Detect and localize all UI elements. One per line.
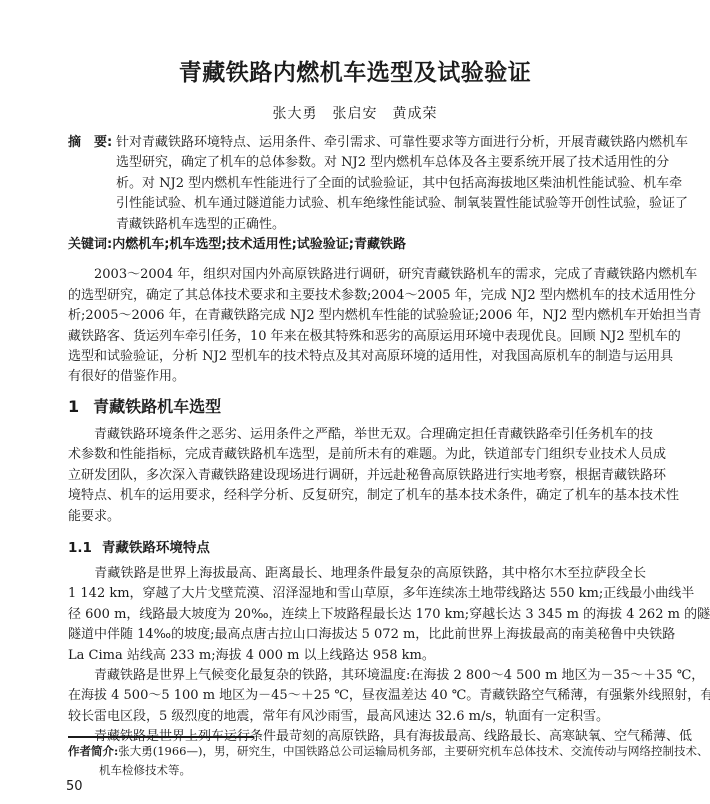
page-number: 50	[66, 779, 83, 794]
abstract-first-line: 摘 要:针对青藏铁路环境特点、运用条件、牵引需求、可靠性要求等方面进行分析，开展…	[116, 133, 646, 153]
document-page: 青藏铁路内燃机车选型及试验验证 张大勇 张启安 黄成荣 摘 要:针对青藏铁路环境…	[0, 0, 710, 804]
text-line: La Cima 站线高 233 m;海拔 4 000 m 以上线路达 958 k…	[68, 646, 646, 666]
text-line: 能要求。	[68, 507, 646, 527]
text-line: 析。对 NJ2 型内燃机车性能进行了全面的试验验证，其中包括高海拔地区柴油机性能…	[116, 174, 646, 194]
page-body: 摘 要:针对青藏铁路环境特点、运用条件、牵引需求、可靠性要求等方面进行分析，开展…	[68, 133, 646, 748]
abstract-label: 摘 要:	[68, 133, 116, 153]
section-1-heading: 1青藏铁路机车选型	[68, 395, 646, 419]
abstract-section: 摘 要:针对青藏铁路环境特点、运用条件、牵引需求、可靠性要求等方面进行分析，开展…	[68, 133, 646, 255]
text-line: 青藏铁路机车选型的正确性。	[116, 215, 646, 235]
footnote-label: 作者简介:	[68, 744, 118, 758]
text-line: 藏铁路客、货运列车牵引任务，10 年来在极其特殊和恶劣的高原运用环境中表现优良。…	[68, 327, 646, 347]
subsection-1-1-heading: 1.1青藏铁路环境特点	[68, 537, 646, 559]
text-line: 引性能试验、机车通过隧道能力试验、机车绝缘性能试验、制氧装置性能试验等开创性试验…	[116, 194, 646, 214]
subsection-1-1-number: 1.1	[68, 540, 92, 556]
text-line: 选型研究，确定了机车的总体参数。对 NJ2 型内燃机车总体及各主要系统开展了技术…	[116, 153, 646, 173]
text-line: 青藏铁路是世界上海拔最高、距离最长、地理条件最复杂的高原铁路，其中格尔木至拉萨段…	[68, 564, 646, 584]
text-line: 在海拔 4 500～5 100 m 地区为－45～＋25 ℃，昼夜温差达 40 …	[68, 686, 646, 706]
text-line: 1 142 km，穿越了大片戈壁荒漠、沼泽湿地和雪山草原，多年连续冻土地带线路达…	[68, 584, 646, 604]
text-line: 机车检修技术等。	[99, 761, 646, 780]
keywords-text: 内燃机车;机车选型;技术适用性;试验验证;青藏铁路	[112, 237, 406, 252]
text-line: 青藏铁路是世界上气候变化最复杂的铁路，其环境温度:在海拔 2 800～4 500…	[68, 666, 646, 686]
text-line: 青藏铁路环境条件之恶劣、运用条件之严酷，举世无双。合理确定担任青藏铁路牵引任务机…	[68, 425, 646, 445]
text-line: 术参数和性能指标，完成青藏铁路机车选型，是前所未有的难题。为此，铁道部专门组织专…	[68, 445, 646, 465]
subsection-1-1-paragraph-2: 青藏铁路是世界上气候变化最复杂的铁路，其环境温度:在海拔 2 800～4 500…	[68, 666, 646, 727]
footnote-first-line: 作者简介:张大勇(1966—)，男，研究生，中国铁路总公司运输局机务部，主要研究…	[68, 742, 646, 761]
keywords-label: 关键词:	[68, 237, 112, 252]
abstract-line-text: 针对青藏铁路环境特点、运用条件、牵引需求、可靠性要求等方面进行分析，开展青藏铁路…	[116, 135, 688, 150]
author-bio-footnote: 作者简介:张大勇(1966—)，男，研究生，中国铁路总公司运输局机务部，主要研究…	[68, 736, 646, 780]
keywords-line: 关键词:内燃机车;机车选型;技术适用性;试验验证;青藏铁路	[68, 235, 646, 255]
text-line: 隧道中伴随 14‰的坡度;最高点唐古拉山口海拔达 5 072 m，比此前世界上海…	[68, 625, 646, 645]
subsection-1-1-paragraph-1: 青藏铁路是世界上海拔最高、距离最长、地理条件最复杂的高原铁路，其中格尔木至拉萨段…	[68, 564, 646, 666]
text-line: 较长雷电区段，5 级烈度的地震，常年有风沙雨雪，最高风速达 32.6 m/s，轨…	[68, 707, 646, 727]
section-1-title: 青藏铁路机车选型	[93, 397, 221, 416]
text-line: 2003～2004 年，组织对国内外高原铁路进行调研，研究青藏铁路机车的需求，完…	[68, 265, 646, 285]
footnote-divider	[68, 736, 254, 738]
footnote-rest-lines: 机车检修技术等。	[68, 761, 646, 780]
subsection-1-1-title: 青藏铁路环境特点	[102, 540, 210, 556]
text-line: 选型和试验验证，分析 NJ2 型机车的技术特点及其对高原环境的适用性，对我国高原…	[68, 347, 646, 367]
text-line: 析;2005～2006 年，在青藏铁路完成 NJ2 型内燃机车性能的试验验证;2…	[68, 306, 646, 326]
section-1-number: 1	[68, 397, 79, 416]
author-names: 张大勇 张启安 黄成荣	[0, 103, 710, 123]
text-line: 立研发团队，多次深入青藏铁路建设现场进行调研，并远赴秘鲁高原铁路进行实地考察，根…	[68, 466, 646, 486]
text-line: 径 600 m，线路最大坡度为 20‰，连续上下坡路程最长达 170 km;穿越…	[68, 605, 646, 625]
section-1-paragraph: 青藏铁路环境条件之恶劣、运用条件之严酷，举世无双。合理确定担任青藏铁路牵引任务机…	[68, 425, 646, 527]
text-line: 的选型研究，确定了其总体技术要求和主要技术参数;2004～2005 年，完成 N…	[68, 286, 646, 306]
paper-title: 青藏铁路内燃机车选型及试验验证	[0, 54, 710, 87]
intro-paragraph: 2003～2004 年，组织对国内外高原铁路进行调研，研究青藏铁路机车的需求，完…	[68, 265, 646, 387]
footnote-line-text: 张大勇(1966—)，男，研究生，中国铁路总公司运输局机务部，主要研究机车总体技…	[118, 744, 708, 758]
text-line: 有很好的借鉴作用。	[68, 367, 646, 387]
abstract-rest-lines: 选型研究，确定了机车的总体参数。对 NJ2 型内燃机车总体及各主要系统开展了技术…	[116, 153, 646, 235]
text-line: 境特点、机车的运用要求，经科学分析、反复研究，制定了机车的基本技术条件，确定了机…	[68, 486, 646, 506]
abstract-text: 摘 要:针对青藏铁路环境特点、运用条件、牵引需求、可靠性要求等方面进行分析，开展…	[68, 133, 646, 235]
